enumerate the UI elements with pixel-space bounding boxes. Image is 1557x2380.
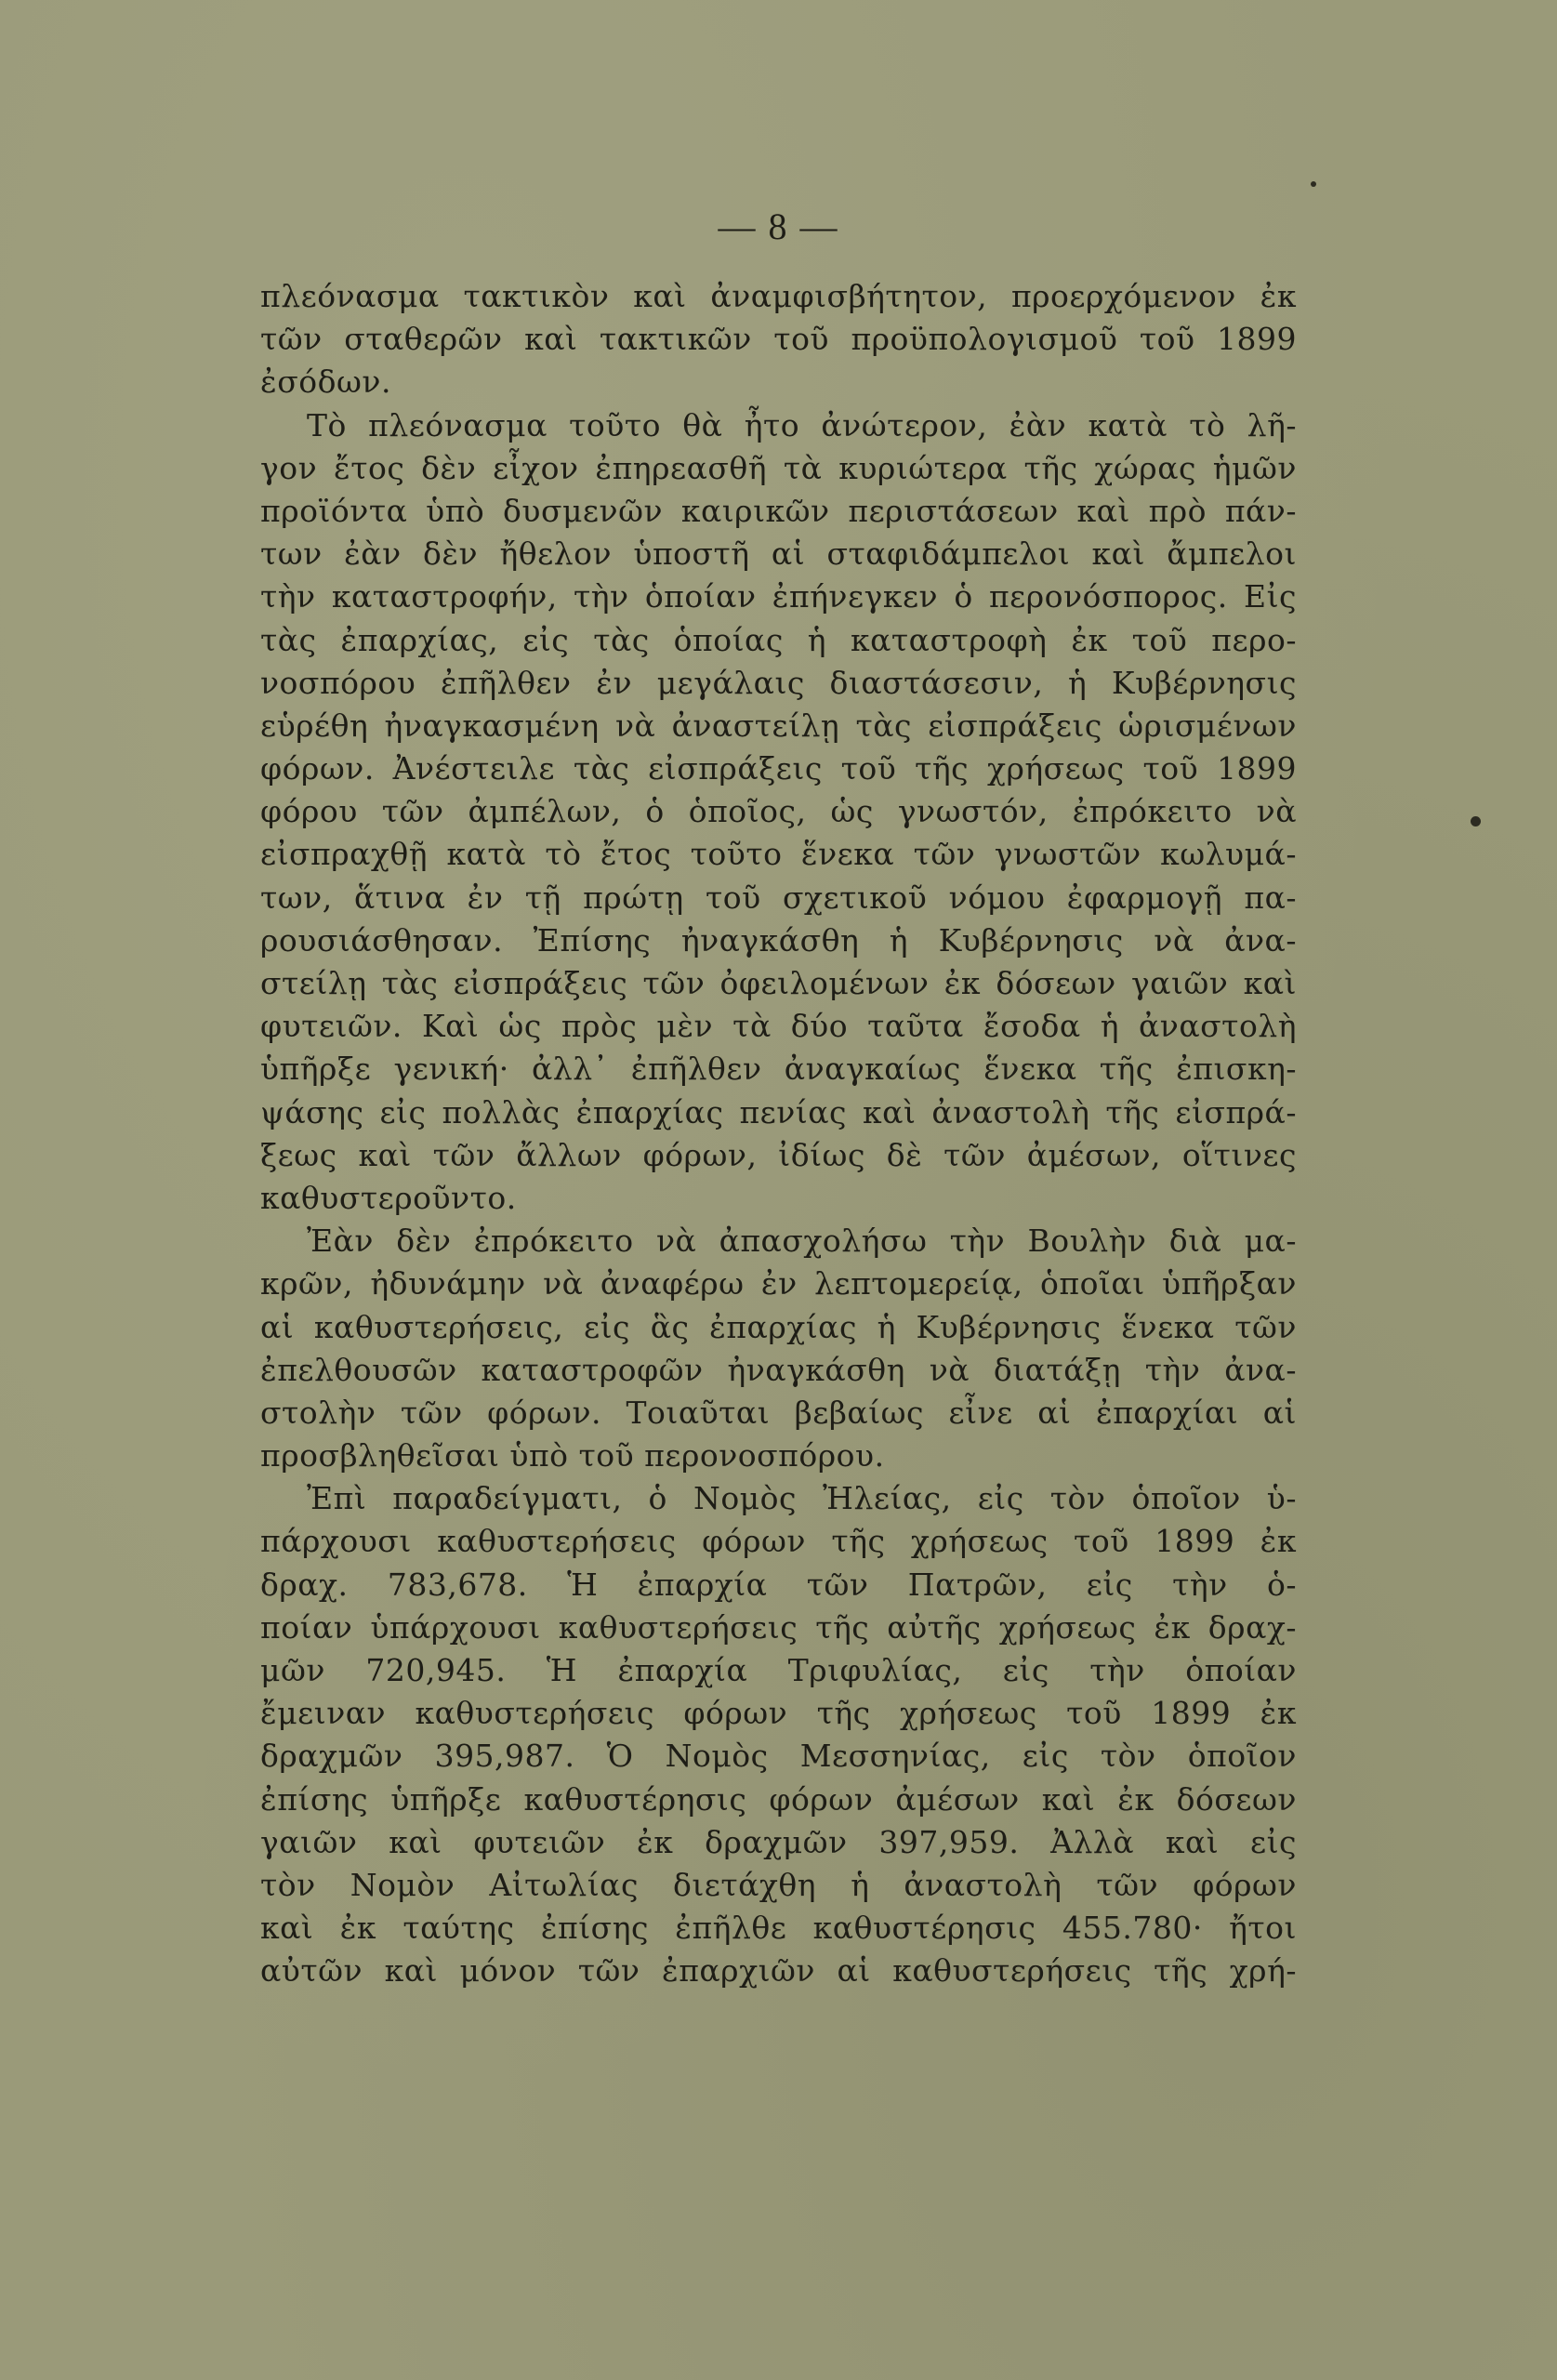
page-number: — 8 — [0,205,1557,248]
text-line: εὑρέθη ἠναγκασμένη νὰ ἀναστείλῃ τὰς εἰσπ… [260,705,1297,747]
text-line: ψάσης εἰς πολλὰς ἐπαρχίας πενίας καὶ ἀνα… [260,1091,1297,1134]
text-line: ἐσόδων. [260,361,1297,403]
text-line: δραχ. 783,678. Ἡ ἐπαρχία τῶν Πατρῶν, εἰς… [260,1564,1297,1606]
paragraph-1: πλεόνασμα τακτικὸν καὶ ἀναμφισβήτητον, π… [260,275,1297,404]
text-line: Ἐπὶ παραδείγματι, ὁ Νομὸς Ἠλείας, εἰς τὸ… [260,1477,1297,1520]
text-line: Ἐὰν δὲν ἐπρόκειτο νὰ ἀπασχολήσω τὴν Βουλ… [260,1220,1297,1263]
text-line: φόρων. Ἀνέστειλε τὰς εἰσπράξεις τοῦ τῆς … [260,747,1297,790]
text-line: φυτειῶν. Καὶ ὡς πρὸς μὲν τὰ δύο ταῦτα ἔσ… [260,1005,1297,1048]
text-line: φόρου τῶν ἀμπέλων, ὁ ὁποῖος, ὡς γνωστόν,… [260,790,1297,833]
text-line: προσβληθεῖσαι ὑπὸ τοῦ περονοσπόρου. [260,1435,1297,1477]
text-line: πάρχουσι καθυστερήσεις φόρων τῆς χρήσεως… [260,1520,1297,1563]
paragraph-4: Ἐπὶ παραδείγματι, ὁ Νομὸς Ἠλείας, εἰς τὸ… [260,1477,1297,1992]
scanned-page: — 8 — πλεόνασμα τακτικὸν καὶ ἀναμφισβήτη… [0,0,1557,2380]
text-line: τὸν Νομὸν Αἰτωλίας διετάχθη ἡ ἀναστολὴ τ… [260,1864,1297,1907]
text-line: ξεως καὶ τῶν ἄλλων φόρων, ἰδίως δὲ τῶν ἀ… [260,1134,1297,1177]
text-line: νοσπόρου ἐπῆλθεν ἐν μεγάλαις διαστάσεσιν… [260,662,1297,705]
text-line: πλεόνασμα τακτικὸν καὶ ἀναμφισβήτητον, π… [260,275,1297,318]
text-line: ἐπελθουσῶν καταστροφῶν ἠναγκάσθη νὰ διατ… [260,1349,1297,1392]
scan-speck [1311,181,1316,187]
text-line: τὴν καταστροφήν, τὴν ὁποίαν ἐπήνεγκεν ὁ … [260,575,1297,618]
text-line: των, ἅτινα ἐν τῇ πρώτῃ τοῦ σχετικοῦ νόμο… [260,877,1297,919]
text-line: ποίαν ὑπάρχουσι καθυστερήσεις τῆς αὐτῆς … [260,1606,1297,1649]
text-line: αὐτῶν καὶ μόνον τῶν ἐπαρχιῶν αἱ καθυστερ… [260,1950,1297,1992]
body-text: πλεόνασμα τακτικὸν καὶ ἀναμφισβήτητον, π… [260,275,1297,1993]
paragraph-3: Ἐὰν δὲν ἐπρόκειτο νὰ ἀπασχολήσω τὴν Βουλ… [260,1220,1297,1477]
scan-speck [1471,816,1481,826]
text-line: ρουσιάσθησαν. Ἐπίσης ἠναγκάσθη ἡ Κυβέρνη… [260,919,1297,962]
text-line: Τὸ πλεόνασμα τοῦτο θὰ ἦτο ἀνώτερον, ἐὰν … [260,404,1297,447]
text-line: ἔμειναν καθυστερήσεις φόρων τῆς χρήσεως … [260,1692,1297,1735]
text-line: ὑπῆρξε γενική· ἀλλ᾽ ἐπῆλθεν ἀναγκαίως ἕν… [260,1048,1297,1091]
text-line: εἰσπραχθῇ κατὰ τὸ ἔτος τοῦτο ἕνεκα τῶν γ… [260,833,1297,876]
text-line: μῶν 720,945. Ἡ ἐπαρχία Τριφυλίας, εἰς τὴ… [260,1649,1297,1692]
text-line: γον ἔτος δὲν εἶχον ἐπηρεασθῆ τὰ κυριώτερ… [260,447,1297,490]
paragraph-2: Τὸ πλεόνασμα τοῦτο θὰ ἦτο ἀνώτερον, ἐὰν … [260,404,1297,1221]
text-line: δραχμῶν 395,987. Ὁ Νομὸς Μεσσηνίας, εἰς … [260,1735,1297,1778]
text-line: των ἐὰν δὲν ἤθελον ὑποστῆ αἱ σταφιδάμπελ… [260,533,1297,575]
text-line: γαιῶν καὶ φυτειῶν ἐκ δραχμῶν 397,959. Ἀλ… [260,1821,1297,1864]
text-line: αἱ καθυστερήσεις, εἰς ἃς ἐπαρχίας ἡ Κυβέ… [260,1306,1297,1349]
text-line: καὶ ἐκ ταύτης ἐπίσης ἐπῆλθε καθυστέρησις… [260,1907,1297,1950]
text-line: τῶν σταθερῶν καὶ τακτικῶν τοῦ προϋπολογι… [260,318,1297,361]
text-line: ἐπίσης ὑπῆρξε καθυστέρησις φόρων ἀμέσων … [260,1778,1297,1821]
text-line: προϊόντα ὑπὸ δυσμενῶν καιρικῶν περιστάσε… [260,490,1297,533]
text-line: κρῶν, ἠδυνάμην νὰ ἀναφέρω ἐν λεπτομερείᾳ… [260,1263,1297,1305]
text-line: καθυστεροῦντο. [260,1177,1297,1220]
text-line: τὰς ἐπαρχίας, εἰς τὰς ὁποίας ἡ καταστροφ… [260,619,1297,662]
text-line: στείλῃ τὰς εἰσπράξεις τῶν ὀφειλομένων ἐκ… [260,962,1297,1005]
text-line: στολὴν τῶν φόρων. Τοιαῦται βεβαίως εἶνε … [260,1392,1297,1435]
